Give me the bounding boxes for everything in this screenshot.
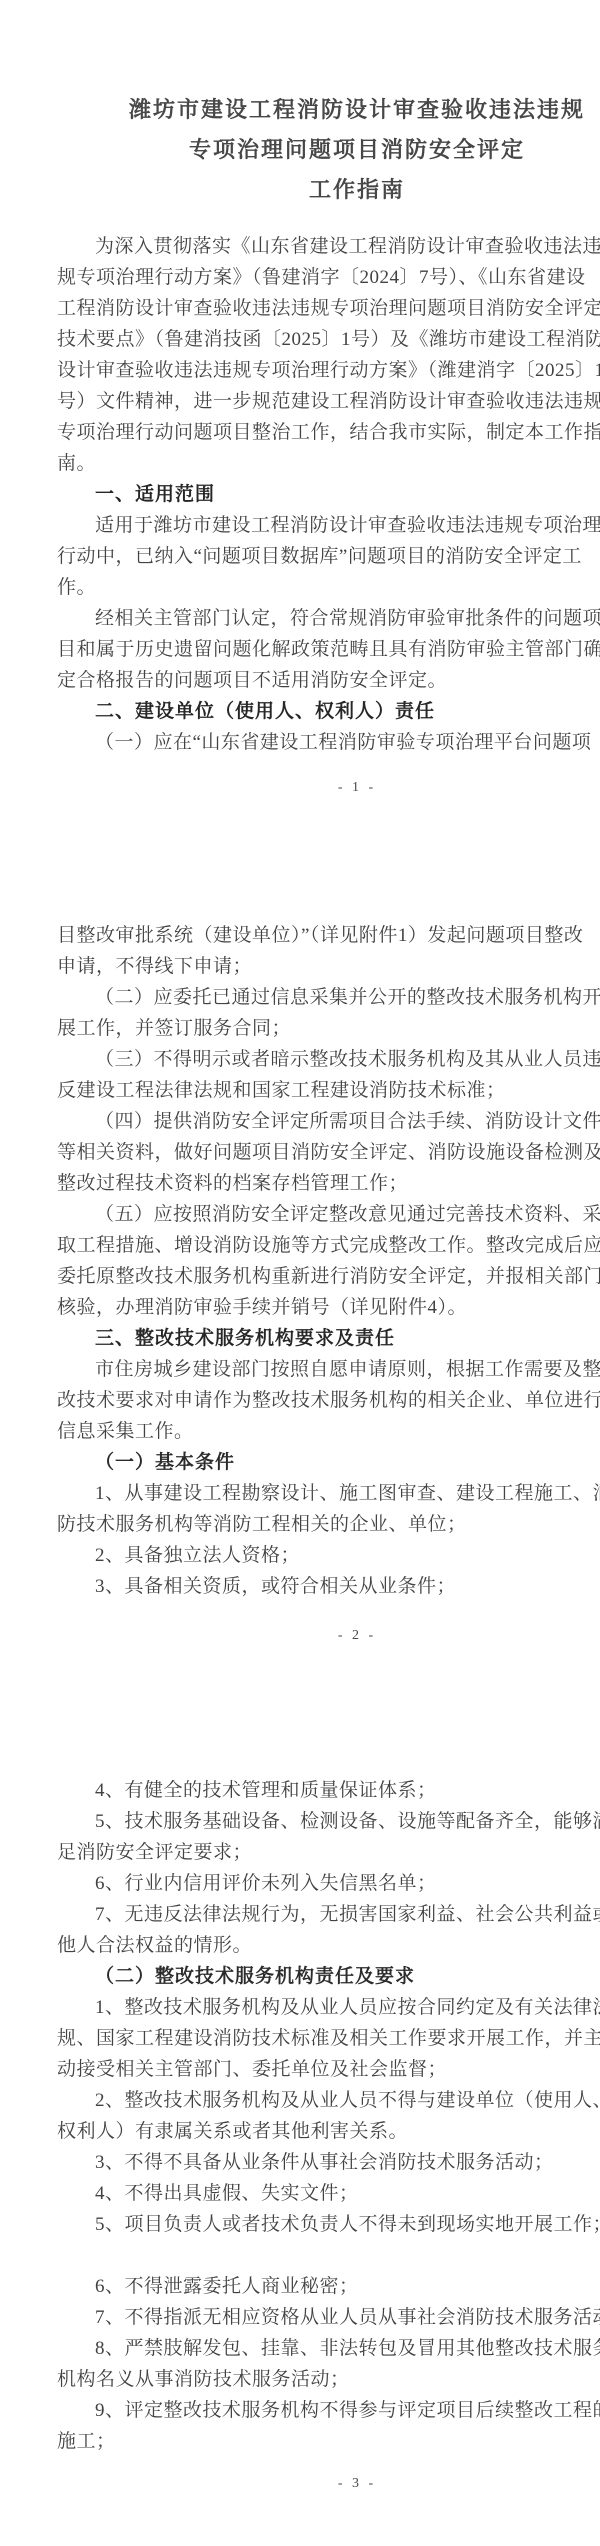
document-line: 他人合法权益的情形。 [57,1930,600,1961]
document-line: 专项治理行动问题项目整治工作，结合我市实际，制定本工作指 [57,417,600,448]
document-line: 5、技术服务基础设备、检测设备、设施等配备齐全，能够满 [57,1806,600,1837]
page-number-3: - 3 - [57,2468,600,2499]
document-line: 南。 [57,448,600,479]
document-line: 规、国家工程建设消防技术标准及相关工作要求开展工作，并主 [57,2023,600,2054]
document-line: 工程消防设计审查验收违法违规专项治理问题项目消防安全评定 [57,293,600,324]
section-heading: 三、整改技术服务机构要求及责任 [57,1323,600,1354]
document-line: 设计审查验收违法违规专项治理行动方案》（潍建消字〔2025〕1 [57,355,600,386]
page-number-2: - 2 - [57,1620,600,1651]
document-line: 等相关资料，做好问题项目消防安全评定、消防设施设备检测及 [57,1137,600,1168]
section-heading: 一、适用范围 [57,479,600,510]
document-line: （五）应按照消防安全评定整改意见通过完善技术资料、采 [57,1199,600,1230]
document-line: （三）不得明示或者暗示整改技术服务机构及其从业人员违 [57,1044,600,1075]
document-line: 定合格报告的问题项目不适用消防安全评定。 [57,665,600,696]
page-2-body: 目整改审批系统（建设单位）”（详见附件1）发起问题项目整改申请，不得线下申请；（… [57,920,600,1602]
document-line: 行动中，已纳入“问题项目数据库”问题项目的消防安全评定工 [57,541,600,572]
document-line: 6、不得泄露委托人商业秘密； [57,2271,600,2302]
document-line: 委托原整改技术服务机构重新进行消防安全评定，并报相关部门 [57,1261,600,1292]
document-line: 号）文件精神，进一步规范建设工程消防设计审查验收违法违规 [57,386,600,417]
document-line: 动接受相关主管部门、委托单位及社会监督； [57,2054,600,2085]
document-line: 作。 [57,572,600,603]
page-1: 潍坊市建设工程消防设计审查验收违法违规 专项治理问题项目消防安全评定 工作指南 … [0,0,600,803]
document-line: 整改过程技术资料的档案存档管理工作； [57,1168,600,1199]
page-number-1: - 1 - [57,772,600,803]
document-line: 2、具备独立法人资格； [57,1540,600,1571]
document-line: 1、整改技术服务机构及从业人员应按合同约定及有关法律法 [57,1992,600,2023]
title-line-3: 工作指南 [57,170,600,210]
document-line: 目整改审批系统（建设单位）”（详见附件1）发起问题项目整改 [57,920,600,951]
document-line: 施工； [57,2426,600,2457]
page-3-body: 4、有健全的技术管理和质量保证体系；5、技术服务基础设备、检测设备、设施等配备齐… [57,1775,600,2457]
document-line: （一）应在“山东省建设工程消防审验专项治理平台问题项 [57,727,600,758]
document-line: 防技术服务机构等消防工程相关的企业、单位； [57,1509,600,1540]
section-heading: （二）整改技术服务机构责任及要求 [57,1961,600,1992]
document-line: 改技术要求对申请作为整改技术服务机构的相关企业、单位进行 [57,1385,600,1416]
document-line: 申请，不得线下申请； [57,951,600,982]
document-line: 7、无违反法律法规行为，无损害国家利益、社会公共利益或 [57,1899,600,1930]
document-line: 权利人）有隶属关系或者其他利害关系。 [57,2116,600,2147]
document-line: 取工程措施、增设消防设施等方式完成整改工作。整改完成后应 [57,1230,600,1261]
document-line: 机构名义从事消防技术服务活动； [57,2364,600,2395]
document-line: 信息采集工作。 [57,1416,600,1447]
page-3: 4、有健全的技术管理和质量保证体系；5、技术服务基础设备、检测设备、设施等配备齐… [0,1775,600,2499]
document-line: 1、从事建设工程勘察设计、施工图审查、建设工程施工、消 [57,1478,600,1509]
document-line: 足消防安全评定要求； [57,1837,600,1868]
page-1-body: 为深入贯彻落实《山东省建设工程消防设计审查验收违法违规专项治理行动方案》（鲁建消… [57,231,600,758]
document-line: 2、整改技术服务机构及从业人员不得与建设单位（使用人、 [57,2085,600,2116]
section-heading: （一）基本条件 [57,1447,600,1478]
document-line: 6、行业内信用评价未列入失信黑名单； [57,1868,600,1899]
document-line: 目和属于历史遗留问题化解政策范畴且具有消防审验主管部门确 [57,634,600,665]
document-line: 5、项目负责人或者技术负责人不得未到现场实地开展工作； [57,2209,600,2240]
section-heading: 二、建设单位（使用人、权利人）责任 [57,696,600,727]
document-line: 3、不得不具备从业条件从事社会消防技术服务活动； [57,2147,600,2178]
document-line: 反建设工程法律法规和国家工程建设消防技术标准； [57,1075,600,1106]
document-line: （四）提供消防安全评定所需项目合法手续、消防设计文件 [57,1106,600,1137]
document-line: 经相关主管部门认定，符合常规消防审验审批条件的问题项 [57,603,600,634]
document-line: 展工作，并签订服务合同； [57,1013,600,1044]
document-title: 潍坊市建设工程消防设计审查验收违法违规 专项治理问题项目消防安全评定 工作指南 [57,0,600,210]
document-line: 规专项治理行动方案》（鲁建消字〔2024〕7号）、《山东省建设 [57,262,600,293]
document-line: 核验，办理消防审验手续并销号（详见附件4）。 [57,1292,600,1323]
title-line-1: 潍坊市建设工程消防设计审查验收违法违规 [57,90,600,130]
document-line: 7、不得指派无相应资格从业人员从事社会消防技术服务活动; [57,2302,600,2333]
document-line: 8、严禁肢解发包、挂靠、非法转包及冒用其他整改技术服务 [57,2333,600,2364]
blank-line [57,2240,600,2271]
document-line: 为深入贯彻落实《山东省建设工程消防设计审查验收违法违 [57,231,600,262]
title-line-2: 专项治理问题项目消防安全评定 [57,130,600,170]
document-line: 市住房城乡建设部门按照自愿申请原则，根据工作需要及整 [57,1354,600,1385]
document-line: 4、有健全的技术管理和质量保证体系； [57,1775,600,1806]
document-line: 3、具备相关资质，或符合相关从业条件； [57,1571,600,1602]
document-line: 技术要点》（鲁建消技函〔2025〕1号）及《潍坊市建设工程消防 [57,324,600,355]
document-line: （二）应委托已通过信息采集并公开的整改技术服务机构开 [57,982,600,1013]
document-line: 4、不得出具虚假、失实文件； [57,2178,600,2209]
document: 潍坊市建设工程消防设计审查验收违法违规 专项治理问题项目消防安全评定 工作指南 … [0,0,600,2546]
document-line: 9、评定整改技术服务机构不得参与评定项目后续整改工程的 [57,2395,600,2426]
document-line: 适用于潍坊市建设工程消防设计审查验收违法违规专项治理 [57,510,600,541]
page-2: 目整改审批系统（建设单位）”（详见附件1）发起问题项目整改申请，不得线下申请；（… [0,920,600,1651]
